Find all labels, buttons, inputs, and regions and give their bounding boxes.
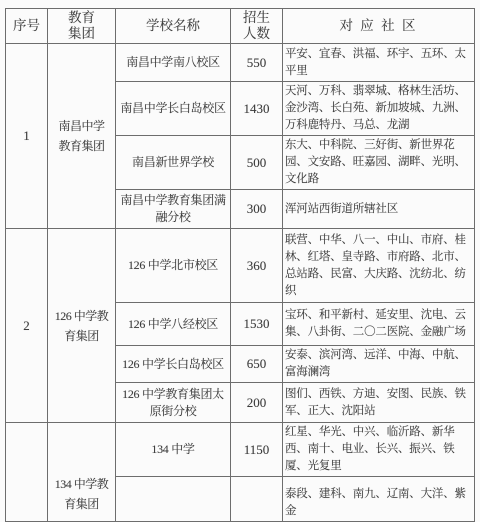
school-name-cell: 126 中学长白岛校区: [116, 346, 231, 383]
school-enrollment-table: 序号 教育 集团 学校名称 招生 人数 对 应 社 区 1 南昌中学 教育集团 …: [5, 8, 475, 480]
header-row: 序号 教育 集团 学校名称 招生 人数 对 应 社 区: [6, 9, 475, 44]
communities-cell: 东大、中科院、三好街、新世界花园、文安路、旺嘉园、湖畔、光明、文化路: [283, 136, 475, 190]
group-cell-126: 126 中学教 育集团: [48, 229, 116, 423]
communities-cell: 天河、万科、翡翠城、格林生活坊、金沙湾、长白苑、新加坡城、九洲、万科鹿特丹、马总…: [283, 82, 475, 136]
school-name-cell: 126 中学教育集团太 原街分校: [116, 383, 231, 423]
column-header-group: 教育 集团: [48, 9, 116, 44]
serial-cell-group1: 1: [6, 44, 48, 229]
serial-cell-group3: [6, 423, 48, 481]
enrollment-cell: 200: [231, 383, 283, 423]
table-row: 2 126 中学教 育集团 126 中学北市校区 360 联营、中华、八一、中山…: [6, 229, 475, 303]
enrollment-cell: 1150: [231, 423, 283, 477]
column-header-school: 学校名称: [116, 9, 231, 44]
school-name-cell: 126 中学北市校区: [116, 229, 231, 303]
enrollment-cell: 300: [231, 190, 283, 229]
school-name-cell: 南昌新世界学校: [116, 136, 231, 190]
school-name-cell: 南昌中学南八校区: [116, 44, 231, 82]
school-name-cell: 134 中学: [116, 423, 231, 477]
table-row: 1 南昌中学 教育集团 南昌中学南八校区 550 平安、宜春、洪福、环宇、五环、…: [6, 44, 475, 82]
serial-cell-group2: 2: [6, 229, 48, 423]
communities-cell: 安泰、滨河湾、远洋、中海、中航、富海澜湾: [283, 346, 475, 383]
communities-cell: 红星、华光、中兴、临沂路、新华西、南十、电业、长兴、振兴、铁厦、光复里: [283, 423, 475, 477]
school-name-cell: 南昌中学长白岛校区: [116, 82, 231, 136]
group-cell-134: 134 中学教 育集团: [48, 423, 116, 481]
communities-cell: 泰段、建科、南九、辽南、大洋、紫金: [283, 477, 475, 481]
enrollment-cell: 500: [231, 136, 283, 190]
school-name-cell: [116, 477, 231, 481]
communities-cell: 宝环、和平新村、延安里、沈电、云集、八卦街、二〇二医院、金融广场: [283, 303, 475, 346]
communities-cell: 图们、西铁、方迪、安图、民族、铁军、正大、沈阳站: [283, 383, 475, 423]
school-name-cell: 126 中学八经校区: [116, 303, 231, 346]
enrollment-cell: 1430: [231, 82, 283, 136]
column-header-serial: 序号: [6, 9, 48, 44]
table-row: 134 中学教 育集团 134 中学 1150 红星、华光、中兴、临沂路、新华西…: [6, 423, 475, 477]
enrollment-cell: 360: [231, 229, 283, 303]
communities-cell: 浑河站西街道所辖社区: [283, 190, 475, 229]
communities-cell: 平安、宜春、洪福、环宇、五环、太平里: [283, 44, 475, 82]
communities-cell: 联营、中华、八一、中山、市府、桂林、红塔、皇寺路、市府路、北市、总站路、民富、大…: [283, 229, 475, 303]
enrollment-cell: 1530: [231, 303, 283, 346]
school-name-cell: 南昌中学教育集团满 融分校: [116, 190, 231, 229]
enrollment-cell: 550: [231, 44, 283, 82]
column-header-enrollment: 招生 人数: [231, 9, 283, 44]
group-label-partial: 134 中学教 育集团: [55, 474, 109, 480]
column-header-communities: 对 应 社 区: [283, 9, 475, 44]
enrollment-cell: [231, 477, 283, 481]
group-cell-nanchang: 南昌中学 教育集团: [48, 44, 116, 229]
enrollment-cell: 650: [231, 346, 283, 383]
